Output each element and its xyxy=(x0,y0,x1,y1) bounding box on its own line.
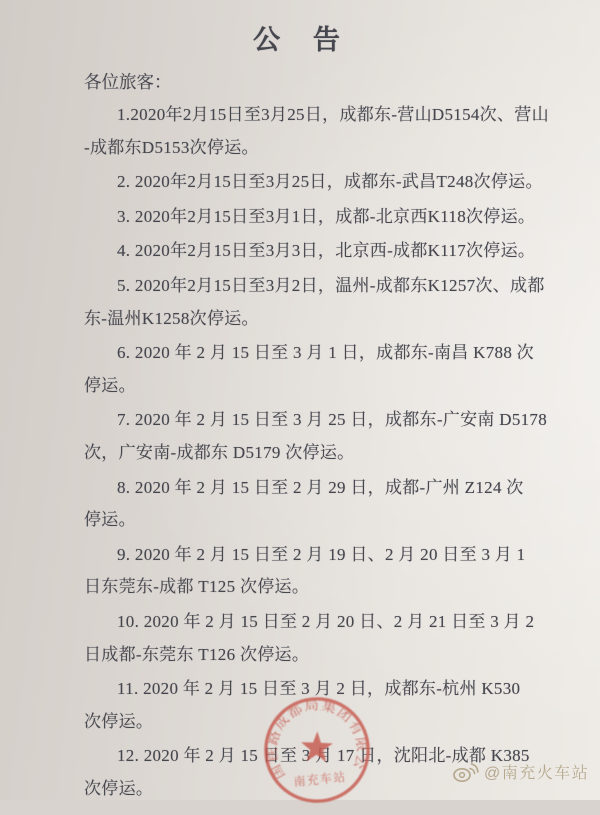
notice-line: 7. 2020 年 2 月 15 日至 3 月 25 日，成都东-广安南 D51… xyxy=(84,404,546,437)
watermark: @南充火车站 xyxy=(452,760,589,783)
notice-line: 日成都-东莞东 T126 次停运。 xyxy=(84,639,546,672)
seal-ring-text: 中国铁路成都局集团有限公司 xyxy=(252,685,373,784)
notice-line: 1.2020年2月15日至3月25日，成都东-营山D5154次、营山 xyxy=(84,99,546,132)
seal-star-icon xyxy=(300,731,333,762)
notice-line: 2. 2020年2月15日至3月25日，成都东-武昌T248次停运。 xyxy=(84,166,546,199)
notice-item-6: 6. 2020 年 2 月 15 日至 3 月 1 日，成都东-南昌 K788 … xyxy=(84,337,546,402)
notice-line: 3. 2020年2月15日至3月1日，成都-北京西K118次停运。 xyxy=(84,201,546,234)
notice-line: 4. 2020年2月15日至3月3日，北京西-成都K117次停运。 xyxy=(84,235,546,268)
notice-line: 8. 2020 年 2 月 15 日至 2 月 29 日，成都-广州 Z124 … xyxy=(84,472,546,505)
notice-item-7: 7. 2020 年 2 月 15 日至 3 月 25 日，成都东-广安南 D51… xyxy=(84,404,546,469)
notice-item-9: 9. 2020 年 2 月 15 日至 2 月 19 日、2 月 20 日至 3… xyxy=(84,539,546,604)
notice-line: 5. 2020年2月15日至3月2日，温州-成都东K1257次、成都 xyxy=(84,270,546,303)
weibo-icon xyxy=(452,761,479,783)
notice-line: 9. 2020 年 2 月 15 日至 2 月 19 日、2 月 20 日至 3… xyxy=(84,539,546,572)
notice-line: 6. 2020 年 2 月 15 日至 3 月 1 日，成都东-南昌 K788 … xyxy=(84,337,546,370)
notice-item-3: 3. 2020年2月15日至3月1日，成都-北京西K118次停运。 xyxy=(84,201,546,234)
notice-item-4: 4. 2020年2月15日至3月3日，北京西-成都K117次停运。 xyxy=(84,235,546,268)
page-title: 公 告 xyxy=(72,18,534,57)
notice-line: 停运。 xyxy=(84,504,546,537)
notice-line: -成都东D5153次停运。 xyxy=(84,132,546,165)
notice-item-2: 2. 2020年2月15日至3月25日，成都东-武昌T248次停运。 xyxy=(84,166,546,199)
watermark-text: @南充火车站 xyxy=(484,760,589,783)
notice-item-1: 1.2020年2月15日至3月25日，成都东-营山D5154次、营山 -成都东D… xyxy=(84,99,546,164)
notice-item-10: 10. 2020 年 2 月 15 日至 2 月 20 日、2 月 21 日至 … xyxy=(84,606,546,671)
salutation: 各位旅客： xyxy=(84,66,546,99)
svg-text:中国铁路成都局集团有限公司: 中国铁路成都局集团有限公司 xyxy=(252,685,373,784)
notice-line: 次，广安南-成都东 D5179 次停运。 xyxy=(84,437,546,470)
notice-line: 停运。 xyxy=(84,370,546,403)
notice-line: 日东莞东-成都 T125 次停运。 xyxy=(84,571,546,604)
official-seal-stamp: 中国铁路成都局集团有限公司 南充车站 xyxy=(252,685,382,800)
notice-line: 东-温州K1258次停运。 xyxy=(84,303,546,336)
notice-line: 10. 2020 年 2 月 15 日至 2 月 20 日、2 月 21 日至 … xyxy=(84,606,546,639)
notice-item-5: 5. 2020年2月15日至3月2日，温州-成都东K1257次、成都 东-温州K… xyxy=(84,270,546,335)
seal-station-text: 南充车站 xyxy=(293,770,347,789)
notice-paper: 公 告 各位旅客： 1.2020年2月15日至3月25日，成都东-营山D5154… xyxy=(0,0,600,800)
notice-item-8: 8. 2020 年 2 月 15 日至 2 月 29 日，成都-广州 Z124 … xyxy=(84,472,546,537)
